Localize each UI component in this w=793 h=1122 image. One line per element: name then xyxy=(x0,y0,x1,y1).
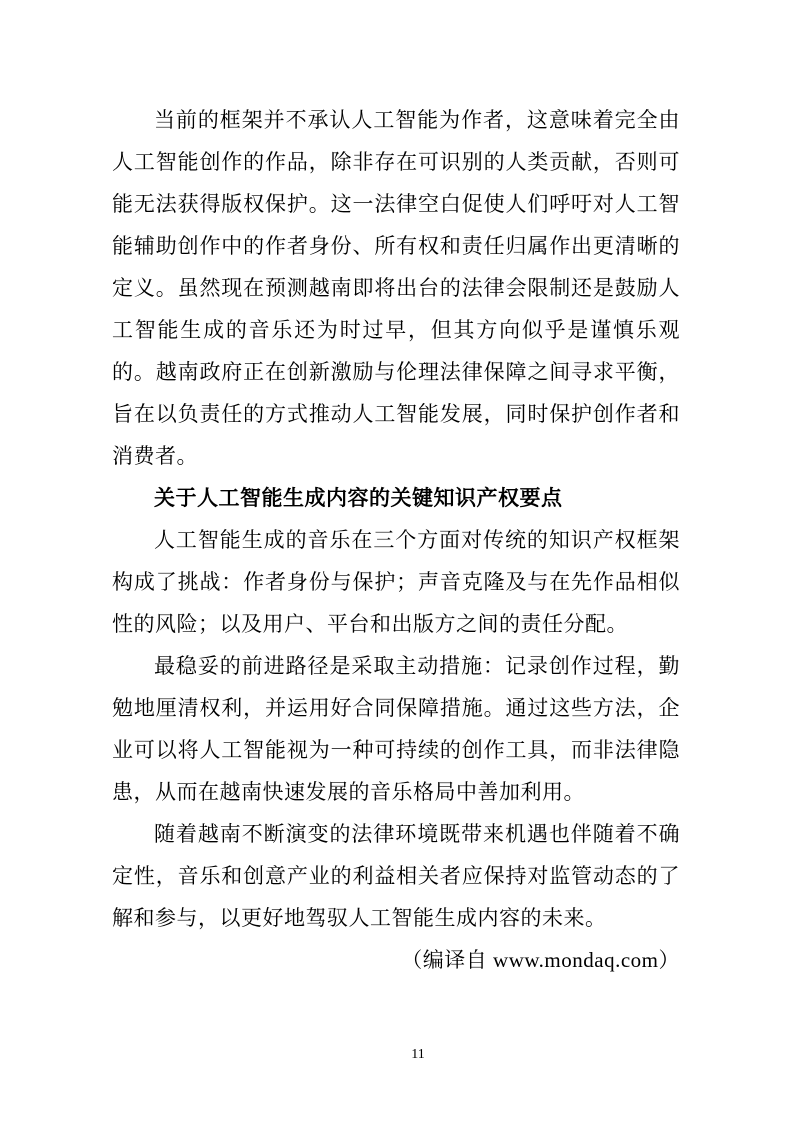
paragraph-three-challenges: 人工智能生成的音乐在三个方面对传统的知识产权框架构成了挑战：作者身份与保护；声音… xyxy=(112,519,680,645)
paragraph-current-framework: 当前的框架并不承认人工智能为作者，这意味着完全由人工智能创作的作品，除非存在可识… xyxy=(112,99,680,477)
document-page: 当前的框架并不承认人工智能为作者，这意味着完全由人工智能创作的作品，除非存在可识… xyxy=(0,0,793,1122)
document-body: 当前的框架并不承认人工智能为作者，这意味着完全由人工智能创作的作品，除非存在可识… xyxy=(112,99,680,981)
paragraph-outlook: 随着越南不断演变的法律环境既带来机遇也伴随着不确定性，音乐和创意产业的利益相关者… xyxy=(112,813,680,939)
paragraph-prudent-path: 最稳妥的前进路径是采取主动措施：记录创作过程，勤勉地厘清权利，并运用好合同保障措… xyxy=(112,645,680,813)
section-heading-key-ip-points: 关于人工智能生成内容的关键知识产权要点 xyxy=(112,477,680,519)
source-attribution: （编译自 www.mondaq.com） xyxy=(112,939,680,981)
page-number: 11 xyxy=(396,1046,440,1064)
